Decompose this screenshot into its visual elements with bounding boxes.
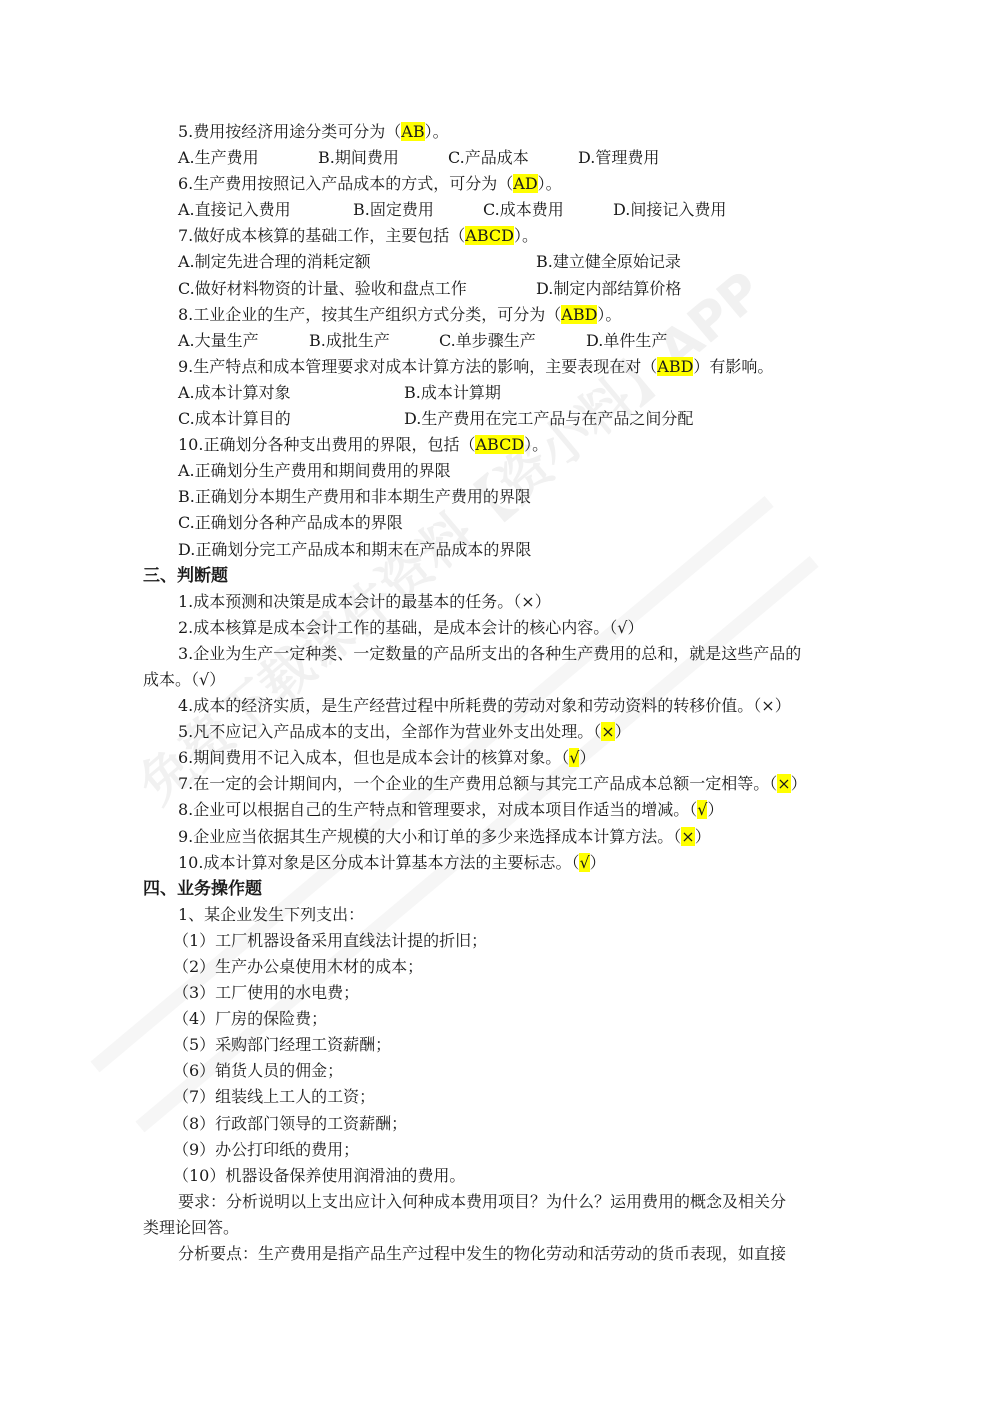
judgment-close: ） (590, 853, 606, 872)
judgment-close: ） (791, 774, 807, 793)
option-a: A.大量生产 (178, 328, 309, 354)
judgment-text: 6.期间费用不记入成本，但也是成本会计的核算对象。（ (178, 748, 569, 767)
judgment-close: ） (209, 670, 225, 689)
judgment-close: ） (695, 827, 711, 846)
question-text: 做好成本核算的基础工作，主要包括（ (193, 226, 465, 245)
option-b: B.期间费用 (318, 145, 448, 171)
answer-highlight: ABD (657, 357, 693, 376)
option-c: C.成本费用 (483, 197, 613, 223)
judgment-item-2: 2.成本核算是成本会计工作的基础，是成本会计的核心内容。（√） (143, 615, 855, 641)
question-9-options-ab: A.成本计算对象B.成本计算期 (143, 380, 855, 406)
option-c: C.产品成本 (448, 145, 578, 171)
judgment-item-4: 4.成本的经济实质，是生产经营过程中所耗费的劳动对象和劳动资料的转移价值。（×） (143, 693, 855, 719)
question-text: 生产特点和成本管理要求对成本计算方法的影响，主要表现在对（ (193, 357, 657, 376)
question-10-option-a: A.正确划分生产费用和期间费用的界限 (143, 458, 855, 484)
section-heading-true-false: 三、判断题 (143, 563, 855, 589)
judgment-mark: × (521, 592, 534, 611)
answer-highlight: AD (513, 174, 537, 193)
judgment-item-9: 9.企业应当依据其生产规模的大小和订单的多少来选择成本计算方法。（×） (143, 824, 855, 850)
judgment-text: 4.成本的经济实质，是生产经营过程中所耗费的劳动对象和劳动资料的转移价值。（ (178, 696, 761, 715)
expense-item-3: （3）工厂使用的水电费； (143, 980, 855, 1006)
question-7-options-cd: C.做好材料物资的计量、验收和盘点工作D.制定内部结算价格 (143, 276, 855, 302)
question-text-end: ）有影响。 (693, 357, 773, 376)
expense-item-4: （4）厂房的保险费； (143, 1006, 855, 1032)
question-8-options: A.大量生产B.成批生产C.单步骤生产D.单件生产 (143, 328, 855, 354)
question-text: 工业企业的生产，按其生产组织方式分类，可分为（ (193, 305, 561, 324)
question-9-stem: 9.生产特点和成本管理要求对成本计算方法的影响，主要表现在对（ABD）有影响。 (143, 354, 855, 380)
judgment-mark: √ (617, 618, 627, 637)
question-9-options-cd: C.成本计算目的D.生产费用在完工产品与在产品之间分配 (143, 406, 855, 432)
option-c: C.单步骤生产 (439, 328, 586, 354)
question-number: 5. (178, 122, 193, 141)
expense-item-2: （2）生产办公桌使用木材的成本； (143, 954, 855, 980)
expense-item-7: （7）组装线上工人的工资； (143, 1084, 855, 1110)
option-b: B.成本计算期 (404, 380, 501, 406)
option-d: D.生产费用在完工产品与在产品之间分配 (404, 406, 693, 432)
judgment-close: ） (579, 748, 595, 767)
requirement-line-1: 要求：分析说明以上支出应计入何种成本费用项目？为什么？运用费用的概念及相关分 (143, 1189, 855, 1215)
option-d: D.单件生产 (586, 328, 667, 354)
judgment-text: 7.在一定的会计期间内，一个企业的生产费用总额与其完工产品成本总额一定相等。（ (178, 774, 777, 793)
option-d: D.管理费用 (578, 145, 659, 171)
judgment-text: 2.成本核算是成本会计工作的基础，是成本会计的核心内容。（ (178, 618, 617, 637)
question-8-stem: 8.工业企业的生产，按其生产组织方式分类，可分为（ABD）。 (143, 302, 855, 328)
question-text-end: ）。 (524, 435, 548, 454)
question-text-end: ）。 (514, 226, 538, 245)
judgment-text: 成本。（ (143, 670, 199, 689)
answer-highlight: AB (401, 122, 424, 141)
judgment-close: ） (775, 696, 791, 715)
question-number: 9. (178, 357, 193, 376)
question-6-stem: 6.生产费用按照记入产品成本的方式，可分为（AD）。 (143, 171, 855, 197)
judgment-item-8: 8.企业可以根据自己的生产特点和管理要求，对成本项目作适当的增减。（√） (143, 797, 855, 823)
judgment-item-6: 6.期间费用不记入成本，但也是成本会计的核算对象。（√） (143, 745, 855, 771)
judgment-text: 5.凡不应记入产品成本的支出，全部作为营业外支出处理。（ (178, 722, 601, 741)
option-c: C.成本计算目的 (178, 406, 404, 432)
answer-highlight: ABCD (465, 226, 514, 245)
answer-highlight: ABD (561, 305, 597, 324)
judgment-close: ） (535, 592, 551, 611)
question-7-stem: 7.做好成本核算的基础工作，主要包括（ABCD）。 (143, 223, 855, 249)
question-10-option-b: B.正确划分本期生产费用和非本期生产费用的界限 (143, 484, 855, 510)
answer-highlight: ABCD (475, 435, 524, 454)
expense-item-8: （8）行政部门领导的工资薪酬； (143, 1111, 855, 1137)
question-5-stem: 5.费用按经济用途分类可分为（AB）。 (143, 119, 855, 145)
judgment-close: ） (627, 618, 643, 637)
expense-item-10: （10）机器设备保养使用润滑油的费用。 (143, 1163, 855, 1189)
judgment-text: 9.企业应当依据其生产规模的大小和订单的多少来选择成本计算方法。（ (178, 827, 681, 846)
option-a: A.制定先进合理的消耗定额 (178, 249, 536, 275)
question-text-end: ）。 (538, 174, 562, 193)
question-number: 10. (178, 435, 203, 454)
question-number: 8. (178, 305, 193, 324)
judgment-text: 8.企业可以根据自己的生产特点和管理要求，对成本项目作适当的增减。（ (178, 800, 697, 819)
question-text: 生产费用按照记入产品成本的方式，可分为（ (193, 174, 513, 193)
judgment-item-3-line2: 成本。（√） (143, 667, 855, 693)
requirement-line-2: 类理论回答。 (143, 1215, 855, 1241)
expense-item-1: （1）工厂机器设备采用直线法计提的折旧； (143, 928, 855, 954)
question-text: 费用按经济用途分类可分为（ (193, 122, 401, 141)
question-text-end: ）。 (597, 305, 621, 324)
question-10-option-d: D.正确划分完工产品成本和期末在产品成本的界限 (143, 537, 855, 563)
option-a: A.成本计算对象 (178, 380, 404, 406)
option-d: D.间接记入费用 (613, 197, 726, 223)
question-10-option-c: C.正确划分各种产品成本的界限 (143, 510, 855, 536)
document-page: 免费下载课件资料【资小料】APP 5.费用按经济用途分类可分为（AB）。 A.生… (0, 0, 993, 1404)
question-10-stem: 10.正确划分各种支出费用的界限，包括（ABCD）。 (143, 432, 855, 458)
judgment-item-3-line1: 3.企业为生产一定种类、一定数量的产品所支出的各种生产费用的总和，就是这些产品的 (143, 641, 855, 667)
judgment-text: 10.成本计算对象是区分成本计算基本方法的主要标志。（ (178, 853, 579, 872)
judgment-text: 1.成本预测和决策是成本会计的最基本的任务。（ (178, 592, 521, 611)
analysis-line-1: 分析要点：生产费用是指产品生产过程中发生的物化劳动和活劳动的货币表现，如直接 (143, 1241, 855, 1267)
option-a: A.直接记入费用 (178, 197, 353, 223)
question-7-options-ab: A.制定先进合理的消耗定额B.建立健全原始记录 (143, 249, 855, 275)
judgment-item-1: 1.成本预测和决策是成本会计的最基本的任务。（×） (143, 589, 855, 615)
judgment-mark-highlight: × (681, 827, 694, 846)
judgment-mark-highlight: √ (697, 800, 707, 819)
practice-question-intro: 1、某企业发生下列支出： (143, 902, 855, 928)
question-number: 6. (178, 174, 193, 193)
judgment-item-10: 10.成本计算对象是区分成本计算基本方法的主要标志。（√） (143, 850, 855, 876)
question-text: 正确划分各种支出费用的界限，包括（ (203, 435, 475, 454)
option-a: A.生产费用 (178, 145, 318, 171)
judgment-close: ） (615, 722, 631, 741)
document-content: 5.费用按经济用途分类可分为（AB）。 A.生产费用B.期间费用C.产品成本D.… (143, 119, 855, 1267)
question-text-end: ）。 (425, 122, 449, 141)
section-heading-practice: 四、业务操作题 (143, 876, 855, 902)
judgment-item-7: 7.在一定的会计期间内，一个企业的生产费用总额与其完工产品成本总额一定相等。（×… (143, 771, 855, 797)
expense-item-9: （9）办公打印纸的费用； (143, 1137, 855, 1163)
judgment-mark-highlight: √ (569, 748, 579, 767)
option-b: B.建立健全原始记录 (536, 249, 681, 275)
expense-item-5: （5）采购部门经理工资薪酬； (143, 1032, 855, 1058)
judgment-close: ） (707, 800, 723, 819)
judgment-mark-highlight: × (777, 774, 790, 793)
expense-item-6: （6）销货人员的佣金； (143, 1058, 855, 1084)
judgment-mark: × (761, 696, 774, 715)
option-d: D.制定内部结算价格 (536, 276, 681, 302)
judgment-item-5: 5.凡不应记入产品成本的支出，全部作为营业外支出处理。（×） (143, 719, 855, 745)
question-number: 7. (178, 226, 193, 245)
option-c: C.做好材料物资的计量、验收和盘点工作 (178, 276, 536, 302)
question-5-options: A.生产费用B.期间费用C.产品成本D.管理费用 (143, 145, 855, 171)
judgment-mark-highlight: × (601, 722, 614, 741)
judgment-mark-highlight: √ (579, 853, 589, 872)
option-b: B.成批生产 (309, 328, 439, 354)
judgment-mark: √ (199, 670, 209, 689)
question-6-options: A.直接记入费用B.固定费用C.成本费用D.间接记入费用 (143, 197, 855, 223)
option-b: B.固定费用 (353, 197, 483, 223)
